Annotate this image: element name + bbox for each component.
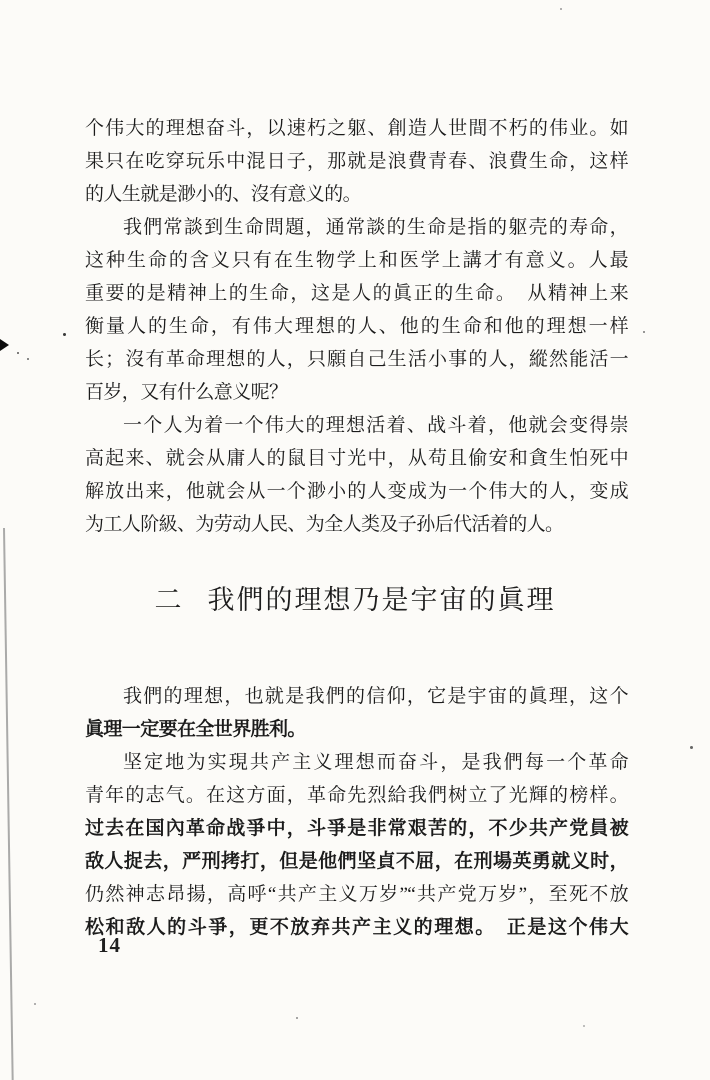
text-line: 我們常談到生命問題，通常談的生命是指的躯壳的寿命，: [85, 211, 628, 244]
text-line: 仍然神志昂揚，高呼“共产主义万岁”“共产党万岁”，至死不放: [85, 878, 628, 911]
text-line: 解放出来，他就会从一个渺小的人变成为一个伟大的人，变成: [85, 475, 628, 508]
text-line: 为工人阶級、为劳动人民、为全人类及子孙后代活着的人。: [85, 508, 628, 541]
right-triangle-mark-icon: [0, 339, 9, 351]
section-number: 二: [155, 579, 182, 621]
text-line: 松和敌人的斗爭，更不放弃共产主义的理想。 正是这个伟大: [85, 911, 628, 944]
text-line: 我們的理想，也就是我們的信仰，它是宇宙的眞理，这个: [85, 680, 628, 713]
text-line: 衡量人的生命，有伟大理想的人、他的生命和他的理想一样: [85, 310, 628, 343]
page-number: 14: [98, 933, 121, 958]
text-line: 的人生就是渺小的、沒有意义的。: [85, 178, 628, 211]
text-line: 果只在吃穿玩乐中混日子，那就是浪費青春、浪費生命，这样: [85, 145, 628, 178]
scanned-book-page: 个伟大的理想奋斗，以速朽之躯、創造人世間不朽的伟业。如 果只在吃穿玩乐中混日子，…: [0, 0, 710, 1080]
text-line: 一个人为着一个伟大的理想活着、战斗着，他就会变得崇: [85, 409, 628, 442]
text-line: 百岁，又有什么意义呢？: [85, 376, 628, 409]
text-line: 重要的是精神上的生命，这是人的眞正的生命。 从精神上来: [85, 277, 628, 310]
text-line: 敌人捉去，严刑拷打，但是他們坚貞不屈，在刑場英勇就义时，: [85, 845, 628, 878]
text-line: 个伟大的理想奋斗，以速朽之躯、創造人世間不朽的伟业。如: [85, 112, 628, 145]
text-line: 长；沒有革命理想的人，只願自己生活小事的人，縱然能活一: [85, 343, 628, 376]
text-block-upper: 个伟大的理想奋斗，以速朽之躯、創造人世間不朽的伟业。如 果只在吃穿玩乐中混日子，…: [85, 112, 628, 541]
text-line: 这种生命的含义只有在生物学上和医学上講才有意义。人最: [85, 244, 628, 277]
text-line: 过去在国內革命战爭中，斗爭是非常艰苦的，不少共产党員被: [85, 812, 628, 845]
text-line: 高起来、就会从庸人的鼠目寸光中，从苟且偷安和貪生怕死中: [85, 442, 628, 475]
text-line: 坚定地为实現共产主义理想而奋斗，是我們每一个革命: [85, 746, 628, 779]
text-line: 青年的志气。在这方面，革命先烈給我們树立了光輝的榜样。: [85, 779, 628, 812]
section-heading: 二 我們的理想乃是宇宙的眞理: [0, 579, 710, 621]
text-line: 眞理一定要在全世界胜利。: [85, 713, 628, 746]
text-block-lower: 我們的理想，也就是我們的信仰，它是宇宙的眞理，这个 眞理一定要在全世界胜利。 坚…: [85, 680, 628, 944]
section-title: 我們的理想乃是宇宙的眞理: [208, 579, 556, 621]
